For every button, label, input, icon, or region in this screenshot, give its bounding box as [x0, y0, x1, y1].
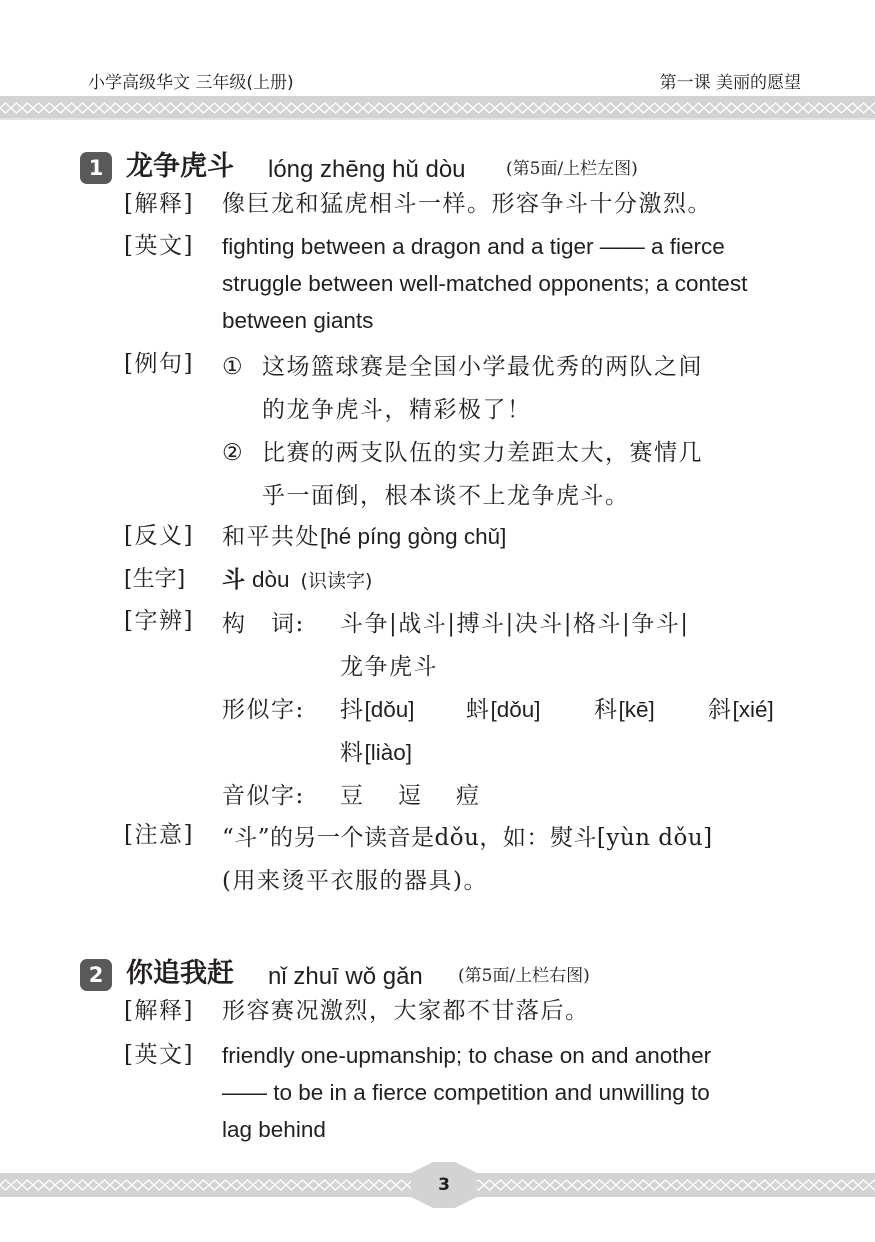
book-title: 小学高级华文 三年级(上册)	[88, 68, 294, 93]
new-character-content: 斗 dòu (识读字)	[222, 561, 812, 600]
explanation-text: 形容赛况激烈，大家都不甘落后。	[222, 993, 812, 1030]
note-label: [注意]	[124, 817, 194, 854]
example-sentence-2: ② 比赛的两支队伍的实力差距太大，赛情几 乎一面倒，根本谈不上龙争虎斗。	[222, 432, 812, 518]
english-text: friendly one-upmanship; to chase on and …	[222, 1037, 812, 1148]
similar-sound-char: 逗	[398, 775, 423, 818]
idiom-pinyin: lóng zhēng hǔ dòu	[268, 150, 466, 190]
english-label: [英文]	[124, 1037, 194, 1074]
explanation-text: 像巨龙和猛虎相斗一样。形容争斗十分激烈。	[222, 186, 812, 223]
english-text: fighting between a dragon and a tiger ——…	[222, 228, 812, 339]
new-character-pinyin: dòu	[252, 567, 290, 592]
lesson-title: 第一课 美丽的愿望	[660, 68, 801, 93]
distinguish-content: 构 词: 斗争|战斗|搏斗|决斗|格斗|争斗| 龙争虎斗 形似字: 抖[dǒu]…	[222, 603, 812, 818]
antonym-content: 和平共处[hé píng gòng chǔ]	[222, 518, 812, 556]
similar-sound-label: 音似字:	[222, 775, 305, 818]
page-reference: (第5面/上栏右图)	[458, 959, 590, 993]
antonym-pinyin: [hé píng gòng chǔ]	[320, 524, 506, 549]
page-number: 3	[411, 1173, 477, 1197]
similar-sound-char: 豆	[340, 775, 365, 818]
example-marker: ②	[222, 432, 244, 475]
example-marker: ①	[222, 346, 244, 389]
word-building-label: 构 词:	[222, 603, 305, 646]
antonym-label: [反义]	[124, 518, 194, 555]
examples-label: [例句]	[124, 346, 194, 383]
similar-shape-item: 斜[xié]	[708, 689, 774, 732]
note-text: “斗”的另一个读音是dǒu，如：熨斗[yùn dǒu] (用来烫平衣服的器具)。	[222, 817, 812, 903]
new-character-label: [生字]	[124, 561, 185, 598]
english-label: [英文]	[124, 228, 194, 265]
page-header: 小学高级华文 三年级(上册) 第一课 美丽的愿望	[0, 64, 875, 94]
similar-sound-characters: 音似字: 豆 逗 痘	[222, 775, 812, 818]
entry-number-badge: 2	[80, 959, 112, 991]
similar-shape-item: 科[kē]	[594, 689, 655, 732]
similar-shape-item: 抖[dǒu]	[340, 689, 415, 732]
word-building-words-line-2: 龙争虎斗	[340, 646, 438, 689]
diamond-pattern-icon	[0, 96, 875, 120]
similar-shape-item: 料[liào]	[340, 732, 412, 775]
word-building-words-line-1: 斗争|战斗|搏斗|决斗|格斗|争斗|	[340, 603, 690, 646]
similar-shape-item: 蚪[dǒu]	[466, 689, 541, 732]
similar-sound-char: 痘	[456, 775, 481, 818]
entry-number-badge: 1	[80, 152, 112, 184]
similar-shape-characters: 形似字: 抖[dǒu] 蚪[dǒu] 科[kē] 斜[xié] 料[liào]	[222, 689, 812, 775]
page-reference: (第5面/上栏左图)	[506, 152, 638, 186]
similar-shape-label: 形似字:	[222, 689, 305, 732]
distinguish-label: [字辨]	[124, 603, 194, 640]
new-character: 斗	[222, 567, 245, 593]
new-character-note: (识读字)	[301, 570, 373, 592]
idiom-title: 你追我赶	[126, 953, 234, 995]
examples-list: ① 这场篮球赛是全国小学最优秀的两队之间 的龙争虎斗，精彩极了！ ② 比赛的两支…	[222, 346, 812, 518]
explanation-label: [解释]	[124, 993, 194, 1030]
explanation-label: [解释]	[124, 186, 194, 223]
idiom-pinyin: nǐ zhuī wǒ gǎn	[268, 957, 423, 997]
decorative-band-top	[0, 96, 875, 120]
word-building: 构 词: 斗争|战斗|搏斗|决斗|格斗|争斗| 龙争虎斗	[222, 603, 812, 689]
idiom-title: 龙争虎斗	[126, 146, 234, 188]
example-sentence-1: ① 这场篮球赛是全国小学最优秀的两队之间 的龙争虎斗，精彩极了！	[222, 346, 812, 432]
antonym-word: 和平共处	[222, 524, 320, 550]
